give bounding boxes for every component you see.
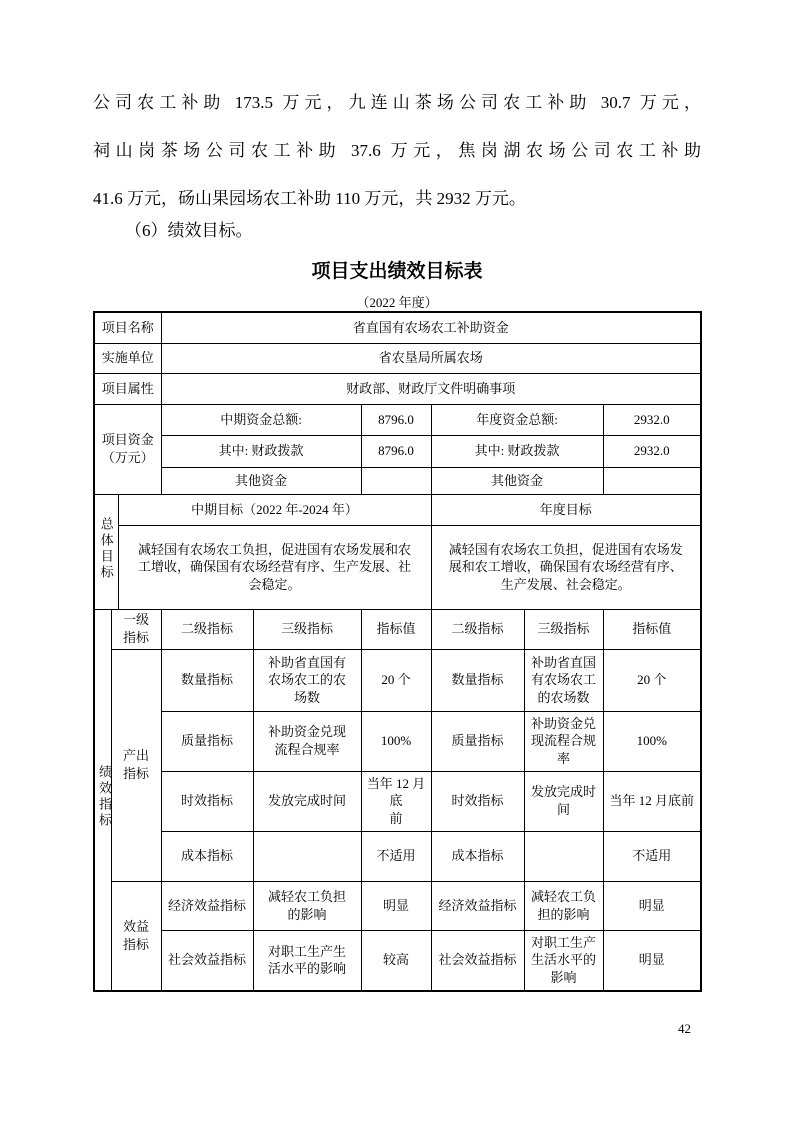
indicator-header-level2: 二级指标 — [161, 609, 253, 649]
indicator-l2: 质量指标 — [161, 711, 253, 771]
paragraph-line: 祠山岗茶场公司农工补助 37.6 万元，焦岗湖农场公司农工补助 — [93, 127, 701, 175]
fund-year-label: 其中: 财政拨款 — [431, 435, 603, 467]
table-row: 总体目标 中期目标（2022 年-2024 年） 年度目标 — [94, 494, 701, 525]
indicator-header-level1: 一级 指标 — [111, 609, 161, 649]
indicator-value: 100% — [603, 711, 701, 771]
indicator-l3: 对职工生产生 活水平的影响 — [253, 930, 361, 991]
page-number: 42 — [678, 1021, 691, 1037]
indicator-l2: 成本指标 — [431, 831, 524, 881]
table-row: 绩效指标 一级 指标 二级指标 三级指标 指标值 二级指标 三级指标 指标值 — [94, 609, 701, 649]
level1-group-label: 产出 指标 — [111, 649, 161, 881]
indicator-l3: 补助资金兑 现流程合规 率 — [524, 711, 603, 771]
indicator-l2: 数量指标 — [161, 649, 253, 711]
info-row-value: 财政部、财政厅文件明确事项 — [161, 373, 701, 404]
fund-mid-label: 其中: 财政拨款 — [161, 435, 361, 467]
fund-year-value: 2932.0 — [603, 404, 701, 435]
info-row-label: 实施单位 — [94, 343, 161, 373]
mid-goal-text: 减轻国有农场农工负担，促进国有农场发展和农 工增收，确保国有农场经营有序、生产发… — [118, 525, 431, 609]
body-paragraph: 公司农工补助 173.5 万元，九连山茶场公司农工补助 30.7 万元， 祠山岗… — [93, 79, 701, 223]
indicator-l3: 补助省直国有 农场农工的农 场数 — [253, 649, 361, 711]
section-item-label: （6）绩效目标。 — [125, 219, 701, 243]
indicator-l2: 经济效益指标 — [431, 881, 524, 930]
indicator-l2: 经济效益指标 — [161, 881, 253, 930]
performance-section-label-text: 绩效指标 — [98, 765, 111, 829]
document-page: 公司农工补助 173.5 万元，九连山茶场公司农工补助 30.7 万元， 祠山岗… — [0, 0, 794, 1122]
indicator-value: 不适用 — [361, 831, 431, 881]
overall-goal-label: 总体目标 — [94, 494, 118, 609]
indicator-header-level3: 三级指标 — [524, 609, 603, 649]
info-row-label: 项目属性 — [94, 373, 161, 404]
indicator-value: 当年 12 月底 前 — [361, 771, 431, 831]
indicator-l2: 质量指标 — [431, 711, 524, 771]
indicator-value: 较高 — [361, 930, 431, 991]
indicator-header-value: 指标值 — [603, 609, 701, 649]
indicator-l3: 对职工生产 生活水平的 影响 — [524, 930, 603, 991]
overall-goal-label-text: 总体目标 — [100, 517, 113, 581]
table-row: 质量指标 补助资金兑现 流程合规率 100% 质量指标 补助资金兑 现流程合规 … — [94, 711, 701, 771]
table-row: 时效指标 发放完成时间 当年 12 月底 前 时效指标 发放完成时 间 当年 1… — [94, 771, 701, 831]
indicator-l3: 减轻农工负 担的影响 — [524, 881, 603, 930]
table-row: 其中: 财政拨款 8796.0 其中: 财政拨款 2932.0 — [94, 435, 701, 467]
mid-goal-header: 中期目标（2022 年-2024 年） — [118, 494, 431, 525]
table-title: 项目支出绩效目标表 — [93, 256, 701, 283]
indicator-value: 明显 — [603, 881, 701, 930]
paragraph-line: 41.6 万元，砀山果园场农工补助 110 万元，共 2932 万元。 — [93, 175, 701, 223]
table-row: 减轻国有农场农工负担，促进国有农场发展和农 工增收，确保国有农场经营有序、生产发… — [94, 525, 701, 609]
performance-section-label: 绩效指标 — [94, 609, 111, 991]
table-row: 成本指标 不适用 成本指标 不适用 — [94, 831, 701, 881]
fund-mid-value — [361, 467, 431, 494]
indicator-header-level3: 三级指标 — [253, 609, 361, 649]
info-row-value: 省直国有农场农工补助资金 — [161, 312, 701, 343]
indicator-value: 20 个 — [361, 649, 431, 711]
table-row: 项目属性 财政部、财政厅文件明确事项 — [94, 373, 701, 404]
table-row: 其他资金 其他资金 — [94, 467, 701, 494]
indicator-l3 — [524, 831, 603, 881]
table-subtitle: （2022 年度） — [93, 292, 701, 311]
table-row: 实施单位 省农垦局所属农场 — [94, 343, 701, 373]
indicator-l3: 发放完成时间 — [253, 771, 361, 831]
fund-year-value — [603, 467, 701, 494]
indicator-l3: 补助资金兑现 流程合规率 — [253, 711, 361, 771]
info-row-label: 项目名称 — [94, 312, 161, 343]
fund-year-label: 其他资金 — [431, 467, 603, 494]
annual-goal-header: 年度目标 — [431, 494, 701, 525]
indicator-header-value: 指标值 — [361, 609, 431, 649]
fund-mid-value: 8796.0 — [361, 435, 431, 467]
indicator-value: 100% — [361, 711, 431, 771]
indicator-l2: 时效指标 — [161, 771, 253, 831]
paragraph-line: 公司农工补助 173.5 万元，九连山茶场公司农工补助 30.7 万元， — [93, 79, 701, 127]
indicator-l3: 减轻农工负担 的影响 — [253, 881, 361, 930]
indicator-value: 不适用 — [603, 831, 701, 881]
fund-mid-label: 中期资金总额: — [161, 404, 361, 435]
indicator-l3: 发放完成时 间 — [524, 771, 603, 831]
level1-group-label: 效益 指标 — [111, 881, 161, 991]
table-row: 项目名称 省直国有农场农工补助资金 — [94, 312, 701, 343]
indicator-l2: 数量指标 — [431, 649, 524, 711]
indicator-value: 20 个 — [603, 649, 701, 711]
indicator-value: 当年 12 月底前 — [603, 771, 701, 831]
fund-year-value: 2932.0 — [603, 435, 701, 467]
fund-mid-value: 8796.0 — [361, 404, 431, 435]
table-row: 社会效益指标 对职工生产生 活水平的影响 较高 社会效益指标 对职工生产 生活水… — [94, 930, 701, 991]
info-row-value: 省农垦局所属农场 — [161, 343, 701, 373]
indicator-l3 — [253, 831, 361, 881]
funds-label: 项目资金 （万元） — [94, 404, 161, 494]
table-row: 产出 指标 数量指标 补助省直国有 农场农工的农 场数 20 个 数量指标 补助… — [94, 649, 701, 711]
table-row: 项目资金 （万元） 中期资金总额: 8796.0 年度资金总额: 2932.0 — [94, 404, 701, 435]
indicator-l3: 补助省直国 有农场农工 的农场数 — [524, 649, 603, 711]
performance-target-table: 项目名称 省直国有农场农工补助资金 实施单位 省农垦局所属农场 项目属性 财政部… — [93, 311, 702, 992]
indicator-value: 明显 — [361, 881, 431, 930]
table-row: 效益 指标 经济效益指标 减轻农工负担 的影响 明显 经济效益指标 减轻农工负 … — [94, 881, 701, 930]
fund-mid-label: 其他资金 — [161, 467, 361, 494]
indicator-l2: 成本指标 — [161, 831, 253, 881]
indicator-l2: 时效指标 — [431, 771, 524, 831]
indicator-l2: 社会效益指标 — [161, 930, 253, 991]
indicator-l2: 社会效益指标 — [431, 930, 524, 991]
indicator-header-level2: 二级指标 — [431, 609, 524, 649]
fund-year-label: 年度资金总额: — [431, 404, 603, 435]
annual-goal-text: 减轻国有农场农工负担，促进国有农场发 展和农工增收，确保国有农场经营有序、 生产… — [431, 525, 701, 609]
indicator-value: 明显 — [603, 930, 701, 991]
